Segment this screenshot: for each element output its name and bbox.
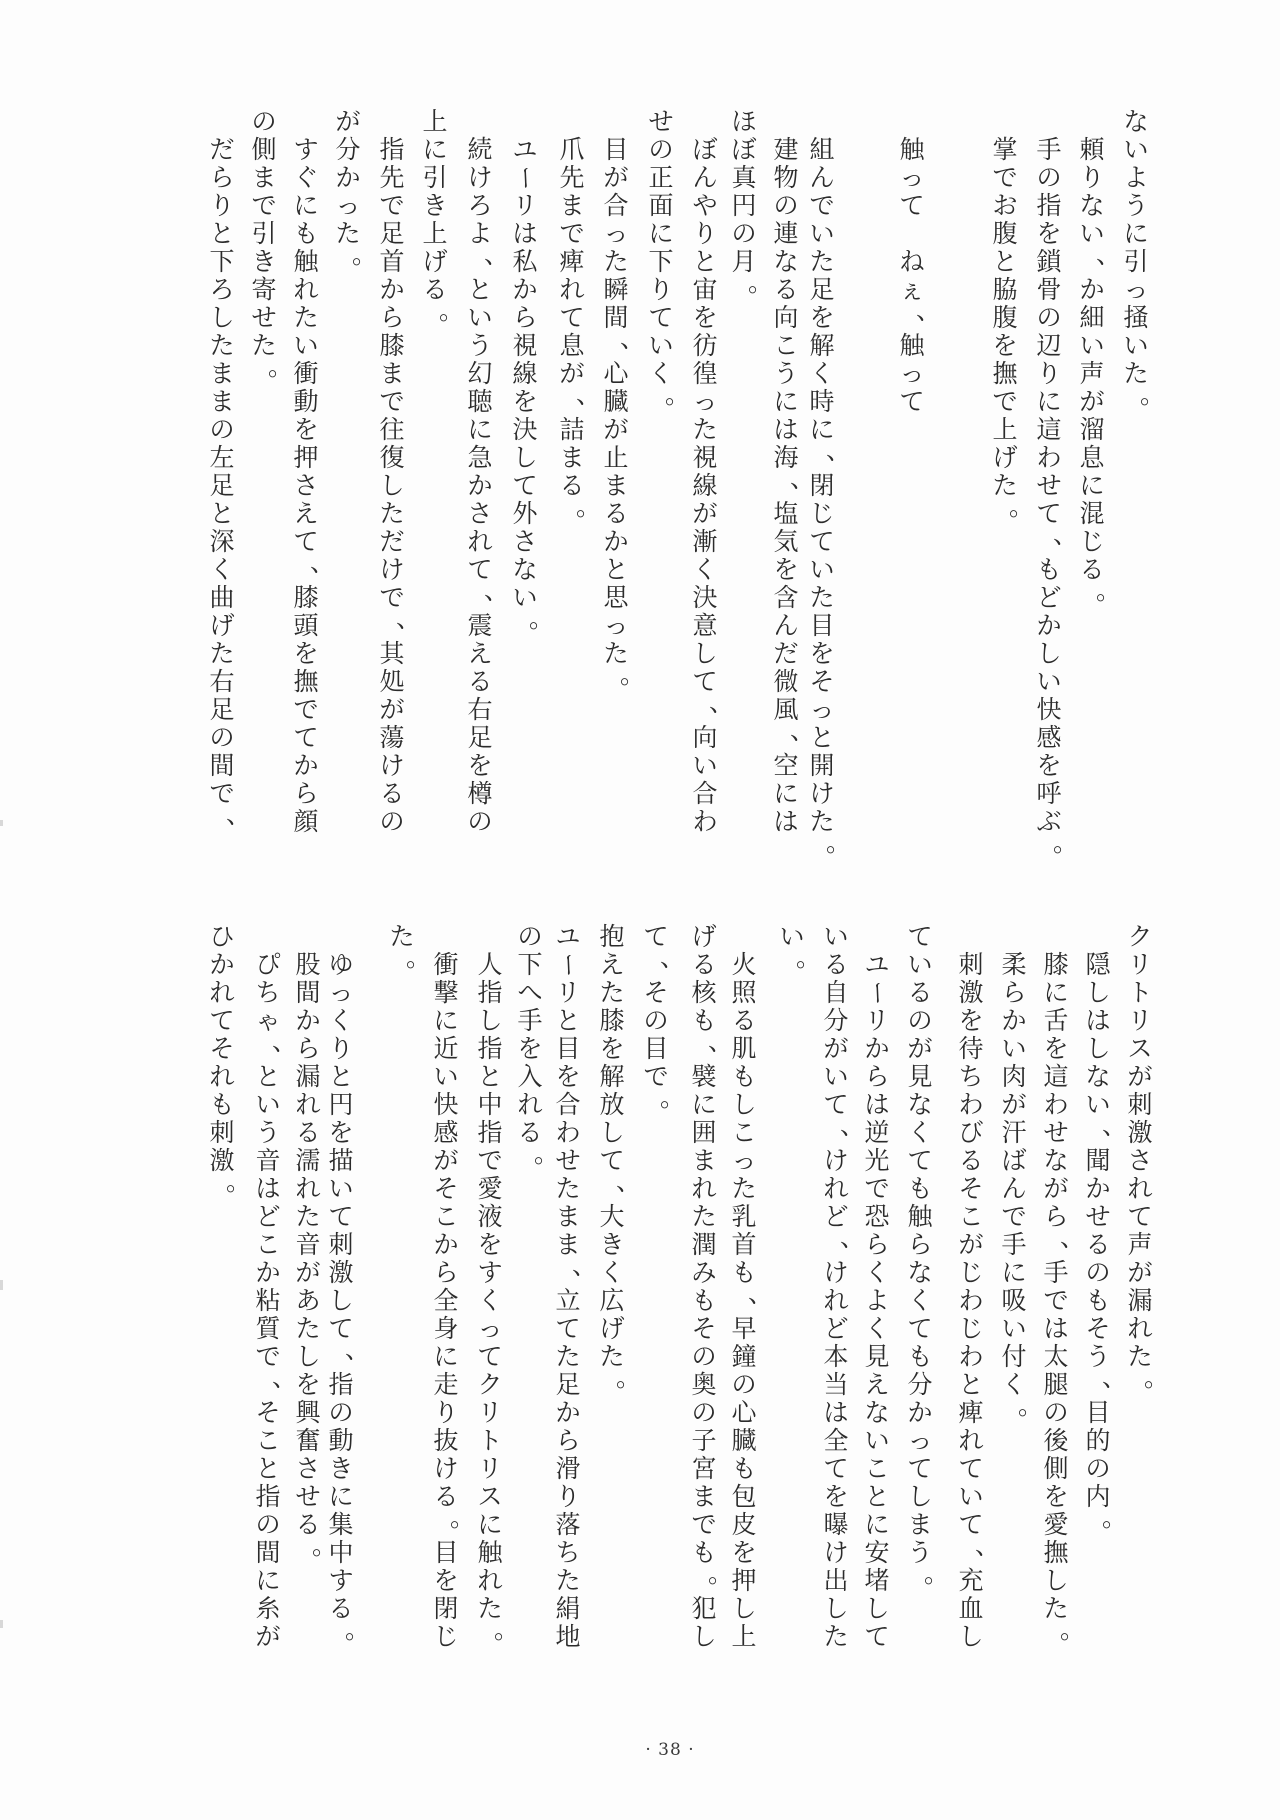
- glyph: た: [292, 1203, 324, 1231]
- glyph: 引: [419, 164, 451, 192]
- glyph: リ: [861, 1007, 893, 1035]
- glyph: 震: [464, 612, 496, 640]
- glyph: 人: [474, 951, 506, 979]
- glyph: 、: [206, 808, 238, 836]
- glyph: 手: [514, 1007, 546, 1035]
- glyph: [896, 220, 928, 248]
- glyph: 、: [600, 332, 632, 360]
- glyph: 、: [1082, 1371, 1114, 1399]
- glyph: で: [474, 1147, 506, 1175]
- text-column: 建物の連なる向こうには海、塩気を含んだ微風、空には: [770, 136, 802, 836]
- glyph: 動: [325, 1427, 357, 1455]
- glyph: 後: [1040, 1427, 1072, 1455]
- glyph: を: [474, 1231, 506, 1259]
- glyph: を: [552, 1063, 584, 1091]
- glyph: ー: [511, 162, 539, 194]
- glyph: な: [904, 1259, 936, 1287]
- text-column: て、その目で。: [640, 923, 672, 1119]
- glyph: た: [689, 416, 721, 444]
- glyph: 蕩: [376, 724, 408, 752]
- glyph: ユ: [861, 951, 893, 979]
- glyph: に: [474, 1511, 506, 1539]
- glyph: 。: [998, 1399, 1030, 1427]
- glyph: の: [640, 1007, 672, 1035]
- glyph: 気: [770, 528, 802, 556]
- glyph: な: [1076, 192, 1108, 220]
- glyph: て: [904, 1315, 936, 1343]
- glyph: せ: [645, 108, 677, 136]
- glyph: 触: [290, 248, 322, 276]
- glyph: を: [430, 1567, 462, 1595]
- glyph: が: [600, 164, 632, 192]
- glyph: リ: [509, 192, 541, 220]
- glyph: ん: [770, 612, 802, 640]
- text-column: 爪先まで痺れて息が、詰まる。: [556, 136, 588, 528]
- glyph: を: [955, 1007, 987, 1035]
- glyph: 。: [728, 276, 760, 304]
- text-column: 人指し指と中指で愛液をすくってクリトリスに触れた。: [474, 951, 506, 1651]
- glyph: い: [1120, 332, 1152, 360]
- glyph: で: [806, 192, 838, 220]
- glyph: 犯: [688, 1595, 720, 1623]
- glyph: 手: [1040, 1259, 1072, 1287]
- glyph: で: [989, 388, 1021, 416]
- glyph: 。: [600, 668, 632, 696]
- glyph: び: [955, 1119, 987, 1147]
- glyph: に: [861, 1511, 893, 1539]
- glyph: 。: [386, 951, 418, 979]
- glyph: る: [955, 1147, 987, 1175]
- glyph: 本: [820, 1343, 852, 1371]
- glyph: 声: [1076, 360, 1108, 388]
- glyph: ク: [474, 1371, 506, 1399]
- glyph: 解: [806, 332, 838, 360]
- text-column: ほぼ真円の月。: [728, 108, 760, 304]
- glyph: い: [998, 1315, 1030, 1343]
- glyph: 漸: [689, 528, 721, 556]
- glyph: た: [206, 640, 238, 668]
- glyph: 合: [600, 192, 632, 220]
- glyph: 入: [514, 1063, 546, 1091]
- glyph: に: [770, 780, 802, 808]
- glyph: 刺: [955, 951, 987, 979]
- glyph: 刺: [1124, 1091, 1156, 1119]
- text-column: ユーリと目を合わせたまま、立てた足から滑り落ちた絹地: [552, 923, 584, 1651]
- glyph: 線: [689, 472, 721, 500]
- glyph: ユ: [509, 136, 541, 164]
- glyph: 引: [248, 220, 280, 248]
- glyph: 開: [806, 752, 838, 780]
- glyph: に: [1040, 979, 1072, 1007]
- glyph: ん: [806, 164, 838, 192]
- glyph: 漏: [292, 1063, 324, 1091]
- glyph: た: [552, 1567, 584, 1595]
- glyph: り: [645, 276, 677, 304]
- glyph: を: [770, 556, 802, 584]
- text-column: だらりと下ろしたままの左足と深く曲げた右足の間で、: [206, 136, 238, 836]
- glyph: 膝: [376, 332, 408, 360]
- glyph: 漏: [1124, 1287, 1156, 1315]
- glyph: 分: [820, 1007, 852, 1035]
- glyph: れ: [820, 1175, 852, 1203]
- glyph: れ: [955, 1427, 987, 1455]
- glyph: 。: [596, 1371, 628, 1399]
- glyph: 愛: [1040, 1511, 1072, 1539]
- glyph: ま: [206, 360, 238, 388]
- glyph: ち: [955, 1063, 987, 1091]
- glyph: の: [1082, 1455, 1114, 1483]
- glyph: た: [552, 1175, 584, 1203]
- glyph: 。: [514, 1147, 546, 1175]
- glyph: 処: [376, 668, 408, 696]
- glyph: か: [1076, 276, 1108, 304]
- glyph: う: [1120, 192, 1152, 220]
- glyph: 皮: [728, 1511, 760, 1539]
- glyph: 視: [689, 444, 721, 472]
- glyph: 塩: [770, 500, 802, 528]
- glyph: ら: [376, 304, 408, 332]
- glyph: か: [430, 1231, 462, 1259]
- glyph: 、: [325, 1343, 357, 1371]
- glyph: の: [206, 416, 238, 444]
- glyph: を: [509, 388, 541, 416]
- glyph: 、: [770, 724, 802, 752]
- glyph: 下: [206, 248, 238, 276]
- glyph: 合: [552, 1091, 584, 1119]
- glyph: け: [820, 1259, 852, 1287]
- glyph: 先: [376, 164, 408, 192]
- glyph: 目: [640, 1035, 672, 1063]
- glyph: 抜: [430, 1427, 462, 1455]
- glyph: を: [989, 332, 1021, 360]
- glyph: ま: [688, 1147, 720, 1175]
- text-column: 刺激を待ちわびるそこがじわじわと痺れていて、充血し: [955, 951, 987, 1651]
- glyph: し: [820, 1595, 852, 1623]
- glyph: り: [325, 1035, 357, 1063]
- text-column: 膝に舌を這わせながら、手では太腿の後側を愛撫した。: [1040, 951, 1072, 1651]
- glyph: 合: [689, 780, 721, 808]
- glyph: れ: [206, 979, 238, 1007]
- glyph: 、: [728, 1287, 760, 1315]
- glyph: に: [645, 220, 677, 248]
- glyph: か: [464, 472, 496, 500]
- glyph: 掻: [1120, 304, 1152, 332]
- glyph: 円: [325, 1091, 357, 1119]
- glyph: 聞: [1082, 1147, 1114, 1175]
- glyph: の: [248, 108, 280, 136]
- glyph: ぴ: [252, 951, 284, 979]
- glyph: せ: [1082, 1203, 1114, 1231]
- glyph: い: [820, 1063, 852, 1091]
- glyph: 思: [600, 584, 632, 612]
- glyph: と: [474, 1063, 506, 1091]
- glyph: 間: [292, 979, 324, 1007]
- glyph: を: [1033, 220, 1065, 248]
- glyph: 、: [1076, 248, 1108, 276]
- glyph: も: [904, 1175, 936, 1203]
- glyph: 往: [376, 416, 408, 444]
- glyph: 。: [556, 500, 588, 528]
- text-column: げる核も、襞に囲まれた潤みもその奥の子宮までも。犯し: [688, 923, 720, 1651]
- glyph: と: [325, 1063, 357, 1091]
- glyph: 指: [376, 136, 408, 164]
- glyph: 。: [776, 951, 808, 979]
- glyph: 徨: [689, 360, 721, 388]
- glyph: 向: [770, 304, 802, 332]
- glyph: ト: [1124, 979, 1156, 1007]
- glyph: っ: [896, 164, 928, 192]
- text-column: 指先で足首から膝まで往復しただけで、其処が蕩けるの: [376, 136, 408, 836]
- glyph: ろ: [464, 192, 496, 220]
- text-column: 頼りない、か細い声が溜息に混じる。: [1076, 136, 1108, 612]
- glyph: わ: [955, 1091, 987, 1119]
- glyph: っ: [728, 1147, 760, 1175]
- glyph: せ: [1033, 472, 1065, 500]
- text-column: 組んでいた足を解く時に、閉じていた目をそっと開けた。: [806, 136, 838, 864]
- glyph: て: [806, 528, 838, 556]
- glyph: 。: [904, 1567, 936, 1595]
- glyph: わ: [1040, 1091, 1072, 1119]
- glyph: 上: [419, 108, 451, 136]
- glyph: と: [252, 1063, 284, 1091]
- glyph: 脇: [989, 276, 1021, 304]
- glyph: 動: [290, 388, 322, 416]
- glyph: っ: [689, 388, 721, 416]
- glyph: 、: [820, 1231, 852, 1259]
- glyph: の: [1040, 1399, 1072, 1427]
- glyph: 。: [509, 612, 541, 640]
- glyph: さ: [509, 528, 541, 556]
- glyph: す: [290, 136, 322, 164]
- glyph: 、: [252, 1371, 284, 1399]
- glyph: れ: [514, 1091, 546, 1119]
- text-column: 手の指を鎖骨の辺りに這わせて、もどかしい快感を呼ぶ。: [1033, 136, 1065, 864]
- glyph: 膝: [290, 584, 322, 612]
- glyph: 物: [770, 164, 802, 192]
- glyph: 臓: [600, 388, 632, 416]
- glyph: で: [376, 192, 408, 220]
- glyph: も: [290, 220, 322, 248]
- glyph: を: [325, 1119, 357, 1147]
- glyph: 恐: [861, 1203, 893, 1231]
- glyph: と: [206, 220, 238, 248]
- glyph: 。: [1033, 836, 1065, 864]
- glyph: 右: [464, 696, 496, 724]
- glyph: ス: [1124, 1035, 1156, 1063]
- glyph: っ: [904, 1427, 936, 1455]
- glyph: げ: [989, 444, 1021, 472]
- glyph: そ: [1082, 1315, 1114, 1343]
- glyph: 激: [955, 979, 987, 1007]
- glyph: 堵: [861, 1567, 893, 1595]
- glyph: 。: [248, 360, 280, 388]
- glyph: 宙: [689, 276, 721, 304]
- glyph: が: [252, 1623, 284, 1651]
- glyph: の: [728, 220, 760, 248]
- glyph: 舌: [1040, 1007, 1072, 1035]
- glyph: じ: [430, 1623, 462, 1651]
- glyph: 。: [1124, 1371, 1156, 1399]
- glyph: し: [955, 1623, 987, 1651]
- glyph: を: [290, 416, 322, 444]
- glyph: リ: [474, 1455, 506, 1483]
- glyph: る: [1082, 1231, 1114, 1259]
- glyph: が: [1124, 1259, 1156, 1287]
- glyph: た: [552, 1343, 584, 1371]
- glyph: 中: [474, 1091, 506, 1119]
- glyph: い: [430, 1063, 462, 1091]
- glyph: ま: [552, 1203, 584, 1231]
- glyph: 快: [1033, 696, 1065, 724]
- glyph: 、: [955, 1539, 987, 1567]
- glyph: 足: [806, 276, 838, 304]
- glyph: じ: [1076, 528, 1108, 556]
- glyph: に: [1076, 472, 1108, 500]
- glyph: 全: [820, 1427, 852, 1455]
- glyph: 、: [640, 951, 672, 979]
- glyph: 、: [770, 472, 802, 500]
- glyph: 滑: [552, 1455, 584, 1483]
- glyph: が: [955, 1231, 987, 1259]
- glyph: ら: [861, 1063, 893, 1091]
- glyph: 奥: [688, 1371, 720, 1399]
- glyph: る: [600, 500, 632, 528]
- glyph: ま: [600, 472, 632, 500]
- glyph: 分: [332, 136, 364, 164]
- glyph: え: [596, 951, 628, 979]
- glyph: な: [861, 1399, 893, 1427]
- glyph: げ: [206, 612, 238, 640]
- glyph: 抱: [596, 923, 628, 951]
- glyph: 自: [820, 979, 852, 1007]
- glyph: 膝: [596, 1007, 628, 1035]
- glyph: 放: [596, 1091, 628, 1119]
- glyph: で: [1040, 1287, 1072, 1315]
- text-column: いる自分がいて、けれど、けれど本当は全てを曝け出した: [820, 923, 852, 1651]
- glyph: ら: [290, 780, 322, 808]
- glyph: わ: [1033, 444, 1065, 472]
- glyph: 辺: [1033, 332, 1065, 360]
- glyph: 復: [376, 444, 408, 472]
- glyph: が: [1076, 388, 1108, 416]
- glyph: な: [904, 1091, 936, 1119]
- glyph: 光: [861, 1147, 893, 1175]
- glyph: い: [325, 1175, 357, 1203]
- glyph: い: [645, 332, 677, 360]
- glyph: 痺: [556, 248, 588, 276]
- glyph: い: [252, 1091, 284, 1119]
- glyph: 刺: [206, 1119, 238, 1147]
- glyph: き: [596, 1231, 628, 1259]
- glyph: と: [464, 276, 496, 304]
- glyph: て: [509, 472, 541, 500]
- glyph: 空: [770, 752, 802, 780]
- glyph: 目: [430, 1539, 462, 1567]
- glyph: そ: [955, 1175, 987, 1203]
- glyph: に: [290, 192, 322, 220]
- glyph: う: [252, 1119, 284, 1147]
- glyph: 照: [728, 979, 760, 1007]
- glyph: 粘: [252, 1287, 284, 1315]
- glyph: 触: [904, 1203, 936, 1231]
- glyph: そ: [806, 668, 838, 696]
- glyph: 先: [556, 164, 588, 192]
- glyph: 組: [806, 136, 838, 164]
- glyph: 撃: [430, 979, 462, 1007]
- glyph: 足: [552, 1371, 584, 1399]
- glyph: 濡: [292, 1147, 324, 1175]
- glyph: で: [290, 696, 322, 724]
- glyph: と: [861, 1483, 893, 1511]
- glyph: ト: [474, 1427, 506, 1455]
- glyph: 充: [955, 1567, 987, 1595]
- glyph: て: [955, 1455, 987, 1483]
- glyph: け: [376, 752, 408, 780]
- glyph: の: [904, 1007, 936, 1035]
- glyph: 宮: [688, 1455, 720, 1483]
- text-column: すぐにも触れたい衝動を押さえて、膝頭を撫でてから顔: [290, 136, 322, 836]
- glyph: 鐘: [728, 1343, 760, 1371]
- glyph: 大: [596, 1203, 628, 1231]
- glyph: て: [552, 1315, 584, 1343]
- glyph: お: [989, 192, 1021, 220]
- glyph: て: [325, 1203, 357, 1231]
- glyph: け: [430, 1455, 462, 1483]
- glyph: ユ: [552, 923, 584, 951]
- glyph: 汗: [998, 1119, 1030, 1147]
- glyph: 目: [806, 612, 838, 640]
- glyph: 聴: [464, 388, 496, 416]
- glyph: 走: [430, 1371, 462, 1399]
- glyph: 描: [325, 1147, 357, 1175]
- glyph: っ: [896, 360, 928, 388]
- glyph: 絹: [552, 1595, 584, 1623]
- glyph: ひ: [206, 923, 238, 951]
- glyph: は: [861, 1091, 893, 1119]
- glyph: 腿: [1040, 1371, 1072, 1399]
- glyph: 、: [290, 556, 322, 584]
- glyph: が: [904, 1035, 936, 1063]
- glyph: 撫: [290, 668, 322, 696]
- glyph: 隠: [1082, 951, 1114, 979]
- glyph: 見: [904, 1063, 936, 1091]
- glyph: 音: [292, 1231, 324, 1259]
- glyph: 止: [600, 444, 632, 472]
- glyph: る: [292, 1119, 324, 1147]
- glyph: て: [861, 1623, 893, 1651]
- glyph: 線: [509, 360, 541, 388]
- glyph: り: [1033, 360, 1065, 388]
- glyph: え: [290, 500, 322, 528]
- glyph: て: [290, 724, 322, 752]
- glyph: こ: [955, 1203, 987, 1231]
- glyph: 曝: [820, 1511, 852, 1539]
- glyph: そ: [640, 979, 672, 1007]
- glyph: く: [689, 556, 721, 584]
- glyph: 急: [464, 444, 496, 472]
- glyph: も: [688, 1287, 720, 1315]
- glyph: ろ: [206, 276, 238, 304]
- glyph: た: [806, 584, 838, 612]
- glyph: 腹: [989, 304, 1021, 332]
- glyph: た: [728, 1175, 760, 1203]
- glyph: 引: [1120, 248, 1152, 276]
- glyph: 衝: [430, 951, 462, 979]
- glyph: か: [206, 951, 238, 979]
- glyph: は: [509, 220, 541, 248]
- glyph: 鎖: [1033, 248, 1065, 276]
- glyph: 指: [252, 1483, 284, 1511]
